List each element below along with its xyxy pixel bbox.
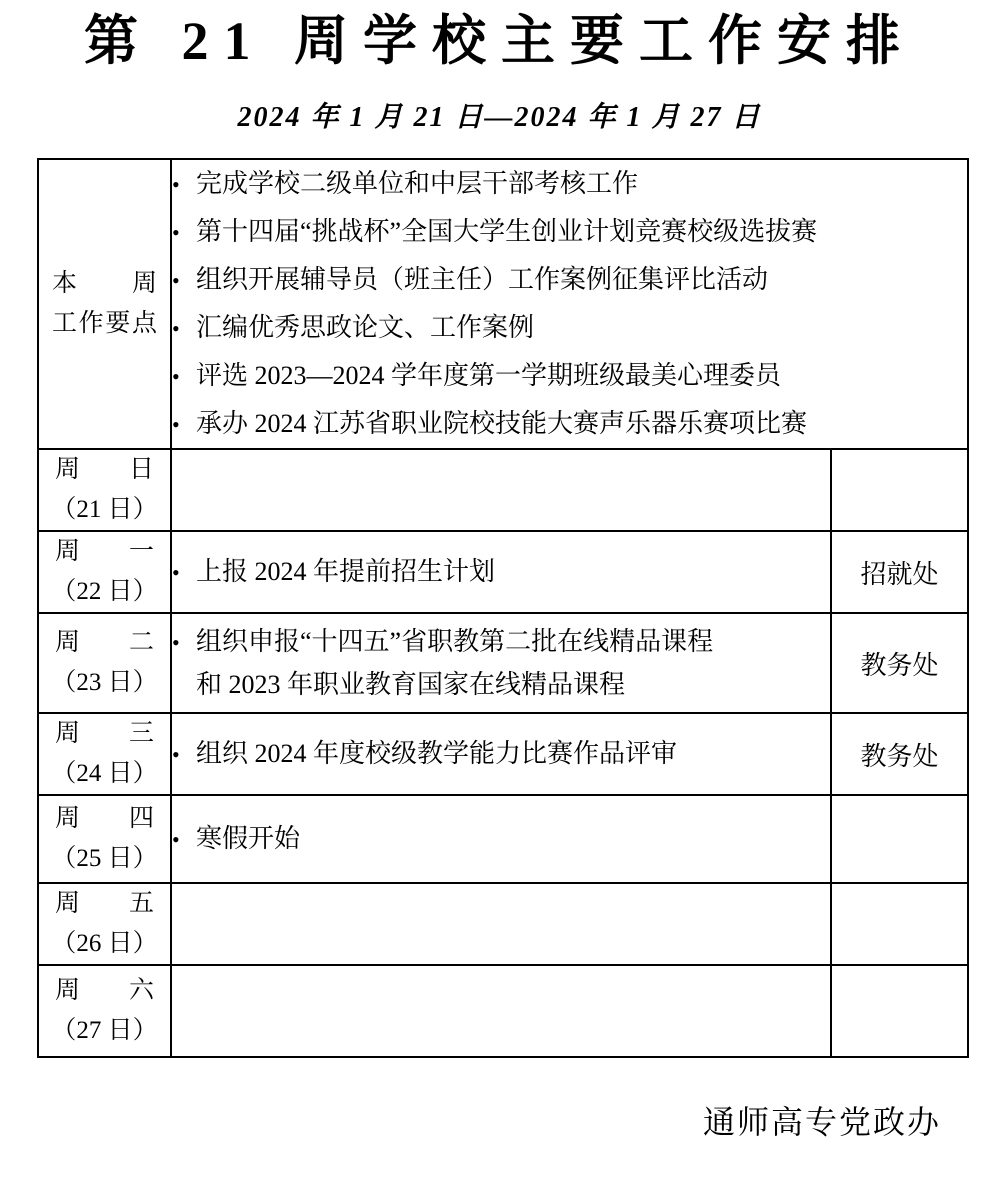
department-cell: 招就处 [831, 531, 968, 613]
bullet-icon: • [172, 161, 196, 208]
bullet-icon: • [172, 819, 196, 861]
day-name: 周四 [55, 799, 154, 839]
summary-item-text: 汇编优秀思政论文、工作案例 [196, 313, 534, 342]
day-tasks-cell [171, 883, 831, 965]
bullet-icon: • [172, 257, 196, 304]
day-name: 周五 [55, 884, 154, 924]
day-date: （25 日） [39, 839, 170, 879]
table-row: 周四 （25 日） •寒假开始 [38, 795, 968, 883]
week-summary-items-cell: •完成学校二级单位和中层干部考核工作 •第十四届“挑战杯”全国大学生创业计划竞赛… [171, 159, 968, 449]
task-text: 寒假开始 [196, 824, 300, 853]
day-tasks-cell: •上报 2024 年提前招生计划 [171, 531, 831, 613]
weekly-schedule-table: 本周 工作要点 •完成学校二级单位和中层干部考核工作 •第十四届“挑战杯”全国大… [37, 158, 969, 1058]
issuing-office-signature: 通师高专党政办 [0, 1102, 999, 1142]
day-label-cell: 周四 （25 日） [38, 795, 171, 883]
summary-item-text: 评选 2023—2024 学年度第一学期班级最美心理委员 [196, 361, 781, 390]
list-item: •组织 2024 年度校级教学能力比赛作品评审 [172, 733, 830, 776]
bullet-icon: • [172, 734, 196, 776]
bullet-icon: • [172, 401, 196, 448]
bullet-icon: • [172, 622, 196, 664]
bullet-icon: • [172, 552, 196, 594]
day-name: 周日 [55, 450, 154, 490]
day-name: 周六 [55, 971, 154, 1011]
table-row: 周二 （23 日） •组织申报“十四五”省职教第二批在线精品课程 和 2023 … [38, 613, 968, 713]
week-summary-label-line2: 工作要点 [52, 304, 157, 344]
day-name: 周三 [55, 714, 154, 754]
day-name: 周一 [55, 532, 154, 572]
summary-item-text: 完成学校二级单位和中层干部考核工作 [196, 169, 638, 198]
list-item: •组织申报“十四五”省职教第二批在线精品课程 [172, 621, 830, 664]
summary-item-text: 组织开展辅导员（班主任）工作案例征集评比活动 [196, 265, 768, 294]
table-row: 周六 （27 日） [38, 965, 968, 1057]
day-label-cell: 周三 （24 日） [38, 713, 171, 795]
day-date: （26 日） [39, 924, 170, 964]
department-cell [831, 965, 968, 1057]
list-item: •汇编优秀思政论文、工作案例 [172, 304, 967, 352]
task-text: 上报 2024 年提前招生计划 [196, 557, 495, 586]
day-name: 周二 [55, 623, 154, 663]
day-date: （21 日） [39, 490, 170, 530]
document-page: 第 21 周学校主要工作安排 2024 年 1 月 21 日—2024 年 1 … [0, 0, 999, 1187]
list-item: •组织开展辅导员（班主任）工作案例征集评比活动 [172, 256, 967, 304]
day-date: （27 日） [39, 1011, 170, 1051]
date-range: 2024 年 1 月 21 日—2024 年 1 月 27 日 [0, 98, 999, 138]
list-item-continuation: 和 2023 年职业教育国家在线精品课程 [172, 664, 830, 706]
department-cell [831, 449, 968, 531]
day-tasks-cell [171, 965, 831, 1057]
day-label-cell: 周五 （26 日） [38, 883, 171, 965]
week-summary-label-line1: 本周 [52, 264, 157, 304]
page-title: 第 21 周学校主要工作安排 [0, 0, 999, 76]
department-cell [831, 795, 968, 883]
day-label-cell: 周二 （23 日） [38, 613, 171, 713]
department-cell: 教务处 [831, 613, 968, 713]
task-text: 组织 2024 年度校级教学能力比赛作品评审 [196, 739, 677, 768]
day-tasks-cell: •组织申报“十四五”省职教第二批在线精品课程 和 2023 年职业教育国家在线精… [171, 613, 831, 713]
list-item: •寒假开始 [172, 818, 830, 861]
bullet-icon: • [172, 305, 196, 352]
day-label-cell: 周一 （22 日） [38, 531, 171, 613]
summary-item-text: 承办 2024 江苏省职业院校技能大赛声乐器乐赛项比赛 [196, 409, 807, 438]
table-row: 周三 （24 日） •组织 2024 年度校级教学能力比赛作品评审 教务处 [38, 713, 968, 795]
task-text: 组织申报“十四五”省职教第二批在线精品课程 [196, 627, 713, 656]
list-item: •上报 2024 年提前招生计划 [172, 551, 830, 594]
summary-item-text: 第十四届“挑战杯”全国大学生创业计划竞赛校级选拔赛 [196, 217, 817, 246]
bullet-icon: • [172, 353, 196, 400]
table-row: 周日 （21 日） [38, 449, 968, 531]
table-row: 周五 （26 日） [38, 883, 968, 965]
list-item: •完成学校二级单位和中层干部考核工作 [172, 160, 967, 208]
list-item: •承办 2024 江苏省职业院校技能大赛声乐器乐赛项比赛 [172, 400, 967, 448]
bullet-icon: • [172, 209, 196, 256]
list-item: •评选 2023—2024 学年度第一学期班级最美心理委员 [172, 352, 967, 400]
department-cell [831, 883, 968, 965]
day-date: （24 日） [39, 754, 170, 794]
day-label-cell: 周日 （21 日） [38, 449, 171, 531]
list-item: •第十四届“挑战杯”全国大学生创业计划竞赛校级选拔赛 [172, 208, 967, 256]
day-date: （22 日） [39, 572, 170, 612]
table-row: 本周 工作要点 •完成学校二级单位和中层干部考核工作 •第十四届“挑战杯”全国大… [38, 159, 968, 449]
day-label-cell: 周六 （27 日） [38, 965, 171, 1057]
day-date: （23 日） [39, 663, 170, 703]
day-tasks-cell: •寒假开始 [171, 795, 831, 883]
week-summary-label-cell: 本周 工作要点 [38, 159, 171, 449]
day-tasks-cell [171, 449, 831, 531]
day-tasks-cell: •组织 2024 年度校级教学能力比赛作品评审 [171, 713, 831, 795]
table-row: 周一 （22 日） •上报 2024 年提前招生计划 招就处 [38, 531, 968, 613]
department-cell: 教务处 [831, 713, 968, 795]
